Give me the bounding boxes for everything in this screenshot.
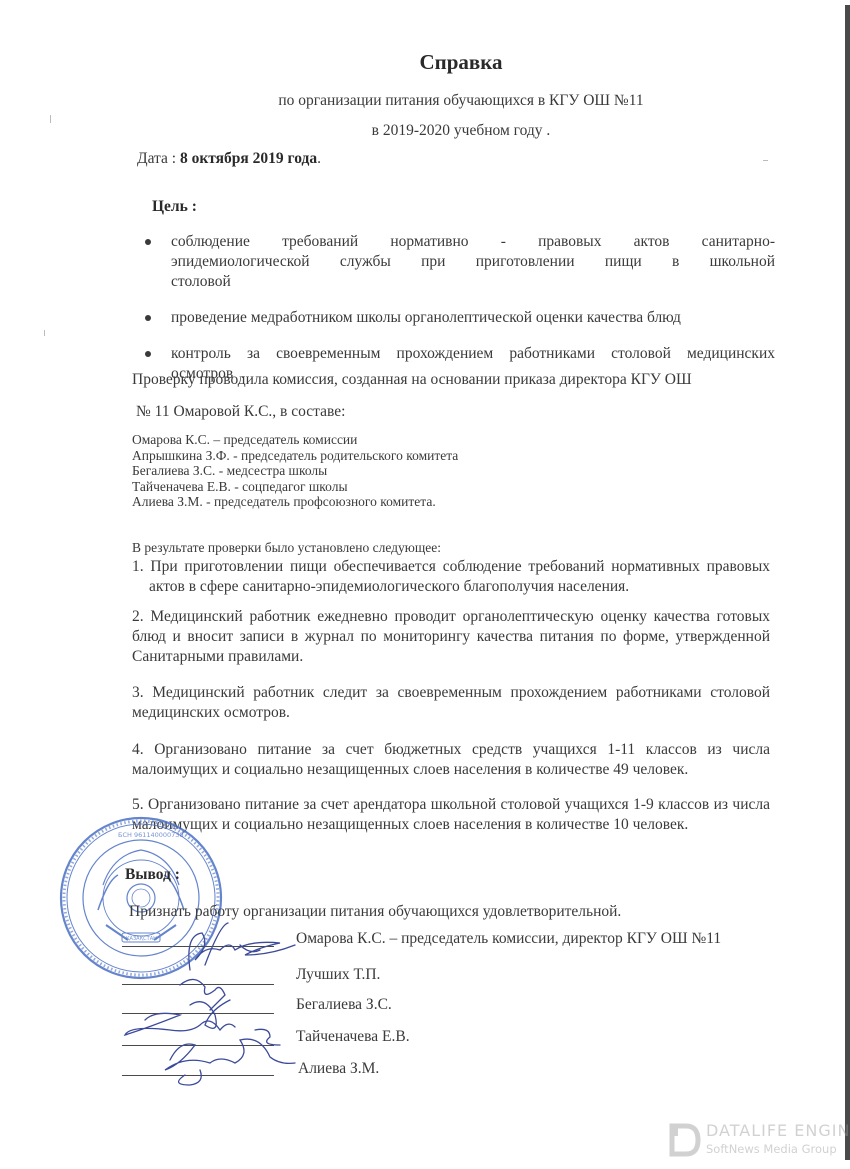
watermark-title: DATALIFE ENGINE bbox=[706, 1121, 850, 1140]
signatory-name: Лучших Т.П. bbox=[296, 966, 380, 984]
commission-intro-line2: № 11 Омаровой К.С., в составе: bbox=[136, 402, 345, 422]
finding-item: 1. При приготовлении пищи обеспечивается… bbox=[132, 557, 770, 597]
finding-item: 2. Медицинский работник ежедневно провод… bbox=[132, 607, 770, 667]
scanned-document-page: Справка по организации питания обучающих… bbox=[0, 0, 850, 1169]
member-item: Тайченачева Е.В. - соцпедагог школы bbox=[132, 479, 458, 495]
commission-intro-line1: Проверку проводила комиссия, созданная н… bbox=[132, 370, 692, 390]
svg-text:БСН 961140000738: БСН 961140000738 bbox=[118, 831, 184, 839]
document-date: Дата : 8 октября 2019 года. bbox=[137, 150, 321, 168]
member-item: Бегалиева З.С. - медсестра школы bbox=[132, 463, 458, 479]
document-subtitle-year: в 2019-2020 учебном году . bbox=[0, 122, 850, 140]
document-title: Справка bbox=[0, 50, 850, 75]
signatory-name: Алиева З.М. bbox=[298, 1060, 379, 1078]
finding-item: 3. Медицинский работник следит за своевр… bbox=[132, 683, 770, 723]
scan-speck bbox=[763, 160, 768, 161]
watermark-subtitle: SoftNews Media Group bbox=[706, 1142, 837, 1156]
goal-item: проведение медработником школы органолеп… bbox=[145, 308, 775, 328]
goal-text: соблюдение требований нормативно - право… bbox=[171, 233, 775, 290]
bullet-icon bbox=[145, 351, 151, 357]
document-subtitle: по организации питания обучающихся в КГУ… bbox=[0, 92, 850, 110]
member-item: Алиева З.М. - председатель профсоюзного … bbox=[132, 494, 458, 510]
member-item: Омарова К.С. – председатель комиссии bbox=[132, 432, 458, 448]
conclusion-heading: Вывод : bbox=[125, 866, 180, 884]
goal-heading: Цель : bbox=[152, 198, 197, 216]
signatory-name: Омарова К.С. – председатель комиссии, ди… bbox=[296, 930, 721, 948]
datalife-engine-watermark: DATALIFE ENGINE SoftNews Media Group bbox=[636, 1120, 836, 1160]
goal-item: соблюдение требований нормативно - право… bbox=[145, 232, 775, 292]
signatory-name: Бегалиева З.С. bbox=[296, 996, 392, 1014]
datalife-logo-icon bbox=[666, 1122, 702, 1158]
bullet-icon bbox=[145, 239, 151, 245]
scan-edge-shadow bbox=[845, 5, 850, 1160]
member-item: Апрышкина З.Ф. - председатель родительск… bbox=[132, 448, 458, 464]
date-value: 8 октября 2019 года bbox=[180, 150, 317, 167]
scan-speck bbox=[44, 330, 45, 336]
goal-text: проведение медработником школы органолеп… bbox=[171, 309, 681, 326]
date-suffix: . bbox=[317, 150, 321, 167]
signatory-name: Тайченачева Е.В. bbox=[296, 1028, 410, 1046]
date-label: Дата : bbox=[137, 150, 180, 167]
finding-item: 4. Организовано питание за счет бюджетны… bbox=[132, 740, 770, 780]
bullet-icon bbox=[145, 315, 151, 321]
handwritten-signatures-icon bbox=[110, 915, 320, 1095]
finding-item: 5. Организовано питание за счет арендато… bbox=[132, 795, 770, 835]
findings-heading: В результате проверки было установлено с… bbox=[132, 540, 441, 556]
commission-members-list: Омарова К.С. – председатель комиссии Апр… bbox=[132, 432, 458, 510]
